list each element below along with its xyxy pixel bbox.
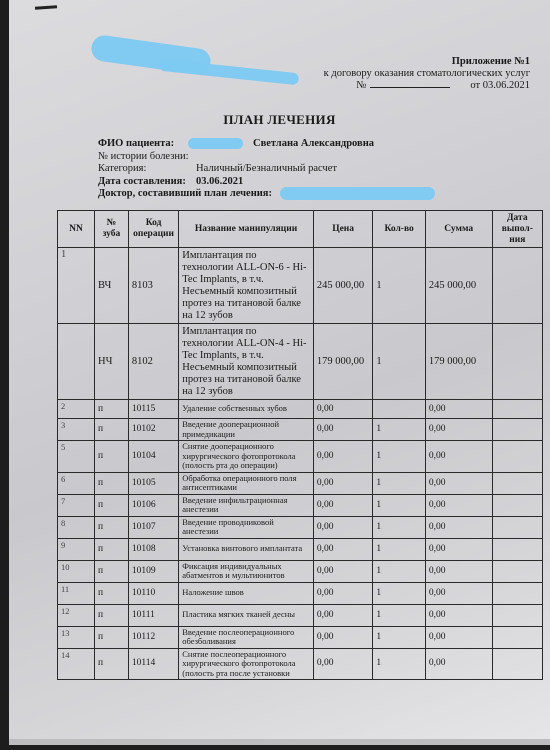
cell-tooth: п [94,560,128,582]
cell-date [492,494,542,516]
header-date: Дата выпол-ния [492,211,542,248]
cell-name: Наложение швов [179,582,314,604]
cell-nn: 13 [58,626,95,648]
cell-tooth: п [94,582,128,604]
table-row: НЧ8102Имплантация по технологии ALL-ON-4… [58,324,543,400]
cell-price: 0,00 [313,560,373,582]
annex-contract-line: к договору оказания стоматологических ус… [324,68,530,80]
cell-sum: 0,00 [425,604,492,626]
cell-code: 10105 [128,472,178,494]
cell-code: 10104 [128,441,178,473]
cell-sum: 0,00 [425,441,492,473]
fio-value: Светлана Александровна [253,138,374,151]
cell-price: 0,00 [313,472,373,494]
cell-qty: 1 [373,248,425,324]
cell-tooth: НЧ [94,324,128,400]
cell-tooth: п [94,419,128,441]
header-qty: Кол-во [373,211,425,248]
cell-name: Пластика мягких тканей десны [179,604,314,626]
cell-date [492,472,542,494]
table-row: 1ВЧ8103Имплантация по технологии ALL-ON-… [58,248,543,324]
cell-qty: 1 [373,419,425,441]
table-row: 10п10109Фиксация индивидуальных абатмент… [58,560,543,582]
cell-qty: 1 [373,648,425,680]
cell-tooth: п [94,400,128,419]
cell-tooth: п [94,538,128,560]
cell-date [492,516,542,538]
header-nn: NN [58,211,95,248]
category-label: Категория: [98,163,196,176]
cell-price: 0,00 [313,582,373,604]
cell-nn: 7 [58,494,95,516]
annex-title: Приложение №1 [324,56,530,68]
table-row: 14п10114Снятие послеоперационного хирург… [58,648,543,680]
table-row: 5п10104Снятие дооперационного хирургичес… [58,441,543,473]
cell-qty: 1 [373,441,425,473]
cell-name: Обработка операционного поля антисептика… [179,472,314,494]
cell-tooth: п [94,472,128,494]
cell-nn: 1 [58,248,95,324]
cell-nn: 12 [58,604,95,626]
cell-sum: 0,00 [425,516,492,538]
cell-price: 0,00 [313,626,373,648]
annex-date: от 03.06.2021 [470,80,530,92]
cell-sum: 179 000,00 [425,324,492,400]
table-row: 6п10105Обработка операционного поля анти… [58,472,543,494]
cell-price: 0,00 [313,538,373,560]
cell-code: 10110 [128,582,178,604]
cell-tooth: ВЧ [94,248,128,324]
cell-price: 0,00 [313,400,373,419]
redaction-doctor-name [280,187,435,200]
cell-price: 0,00 [313,419,373,441]
cell-date [492,582,542,604]
cell-sum: 245 000,00 [425,248,492,324]
date-label: Дата составления: [98,176,196,189]
cell-nn [58,324,95,400]
cell-code: 10111 [128,604,178,626]
cell-date [492,538,542,560]
cell-date [492,248,542,324]
cell-name: Снятие дооперационного хирургического фо… [179,441,314,473]
doctor-label: Доктор, составивший план лечения: [98,188,272,201]
cell-price: 0,00 [313,648,373,680]
cell-name: Введение инфильтрационная анестезии [179,494,314,516]
cell-qty: 1 [373,516,425,538]
table-header-row: NN № зуба Код операции Название манипуля… [58,211,543,248]
cell-tooth: п [94,648,128,680]
cell-sum: 0,00 [425,472,492,494]
header-price: Цена [313,211,373,248]
header-sum: Сумма [425,211,492,248]
cell-name: Установка винтового имплантата [179,538,314,560]
cell-code: 10114 [128,648,178,680]
table-row: 12п10111Пластика мягких тканей десны0,00… [58,604,543,626]
page-title: ПЛАН ЛЕЧЕНИЯ [9,112,550,128]
cell-tooth: п [94,604,128,626]
cell-qty: 1 [373,604,425,626]
cell-date [492,560,542,582]
cell-code: 10106 [128,494,178,516]
cell-qty: 1 [373,494,425,516]
cell-date [492,626,542,648]
cell-nn: 8 [58,516,95,538]
cell-name: Введение проводниковой анестезии [179,516,314,538]
cell-qty: 1 [373,324,425,400]
category-value: Наличный/Безналичный расчет [196,163,337,176]
cell-nn: 10 [58,560,95,582]
cell-date [492,441,542,473]
cell-price: 0,00 [313,494,373,516]
pen-mark [35,5,57,10]
annex-number-blank [370,87,450,88]
cell-sum: 0,00 [425,582,492,604]
cell-price: 0,00 [313,604,373,626]
cell-name: Имплантация по технологии ALL-ON-6 - Hi-… [179,248,314,324]
cell-tooth: п [94,516,128,538]
cell-date [492,604,542,626]
cell-tooth: п [94,626,128,648]
cell-date [492,419,542,441]
table-row: 11п10110Наложение швов0,0010,00 [58,582,543,604]
cell-name: Имплантация по технологии ALL-ON-4 - Hi-… [179,324,314,400]
annex-number: № [356,80,450,92]
annex-number-label: № [356,80,366,91]
cell-sum: 0,00 [425,538,492,560]
table-row: 8п10107Введение проводниковой анестезии0… [58,516,543,538]
cell-date [492,400,542,419]
cell-name: Удаление собственных зубов [179,400,314,419]
header-tooth: № зуба [94,211,128,248]
header-name: Название манипуляции [179,211,314,248]
cell-name: Введение послеоперационного обезболивани… [179,626,314,648]
cell-sum: 0,00 [425,494,492,516]
cell-nn: 11 [58,582,95,604]
cell-name: Снятие послеоперационного хирургического… [179,648,314,680]
cell-qty: 1 [373,582,425,604]
document-page: Приложение №1 к договору оказания стомат… [9,0,550,745]
table-row: 7п10106Введение инфильтрационная анестез… [58,494,543,516]
cell-code: 10115 [128,400,178,419]
table-row: 2п10115Удаление собственных зубов0,000,0… [58,400,543,419]
cell-price: 0,00 [313,516,373,538]
cell-price: 245 000,00 [313,248,373,324]
header-code: Код операции [128,211,178,248]
cell-price: 179 000,00 [313,324,373,400]
history-label: № истории болезни: [98,151,189,164]
cell-name: Фиксация индивидуальных абатментов и мул… [179,560,314,582]
cell-nn: 9 [58,538,95,560]
cell-qty [373,400,425,419]
cell-date [492,324,542,400]
cell-nn: 5 [58,441,95,473]
treatment-plan-table: NN № зуба Код операции Название манипуля… [57,210,543,680]
cell-code: 8102 [128,324,178,400]
cell-qty: 1 [373,472,425,494]
cell-qty: 1 [373,560,425,582]
redaction-header-tail [159,59,299,86]
cell-code: 10112 [128,626,178,648]
cell-sum: 0,00 [425,400,492,419]
cell-sum: 0,00 [425,560,492,582]
table-row: 3п10102Введение дооперационной примедика… [58,419,543,441]
cell-code: 8103 [128,248,178,324]
cell-code: 10102 [128,419,178,441]
cell-tooth: п [94,441,128,473]
cell-qty: 1 [373,626,425,648]
cell-code: 10109 [128,560,178,582]
cell-code: 10107 [128,516,178,538]
cell-tooth: п [94,494,128,516]
cell-date [492,648,542,680]
cell-nn: 2 [58,400,95,419]
cell-code: 10108 [128,538,178,560]
cell-qty: 1 [373,538,425,560]
cell-nn: 6 [58,472,95,494]
cell-nn: 3 [58,419,95,441]
cell-sum: 0,00 [425,648,492,680]
date-value: 03.06.2021 [196,176,243,189]
cell-sum: 0,00 [425,626,492,648]
table-row: 9п10108Установка винтового имплантата0,0… [58,538,543,560]
cell-sum: 0,00 [425,419,492,441]
redaction-patient-name [188,138,243,149]
table-row: 13п10112Введение послеоперационного обез… [58,626,543,648]
cell-nn: 14 [58,648,95,680]
cell-name: Введение дооперационной примедикации [179,419,314,441]
annex-block: Приложение №1 к договору оказания стомат… [324,56,530,92]
cell-price: 0,00 [313,441,373,473]
